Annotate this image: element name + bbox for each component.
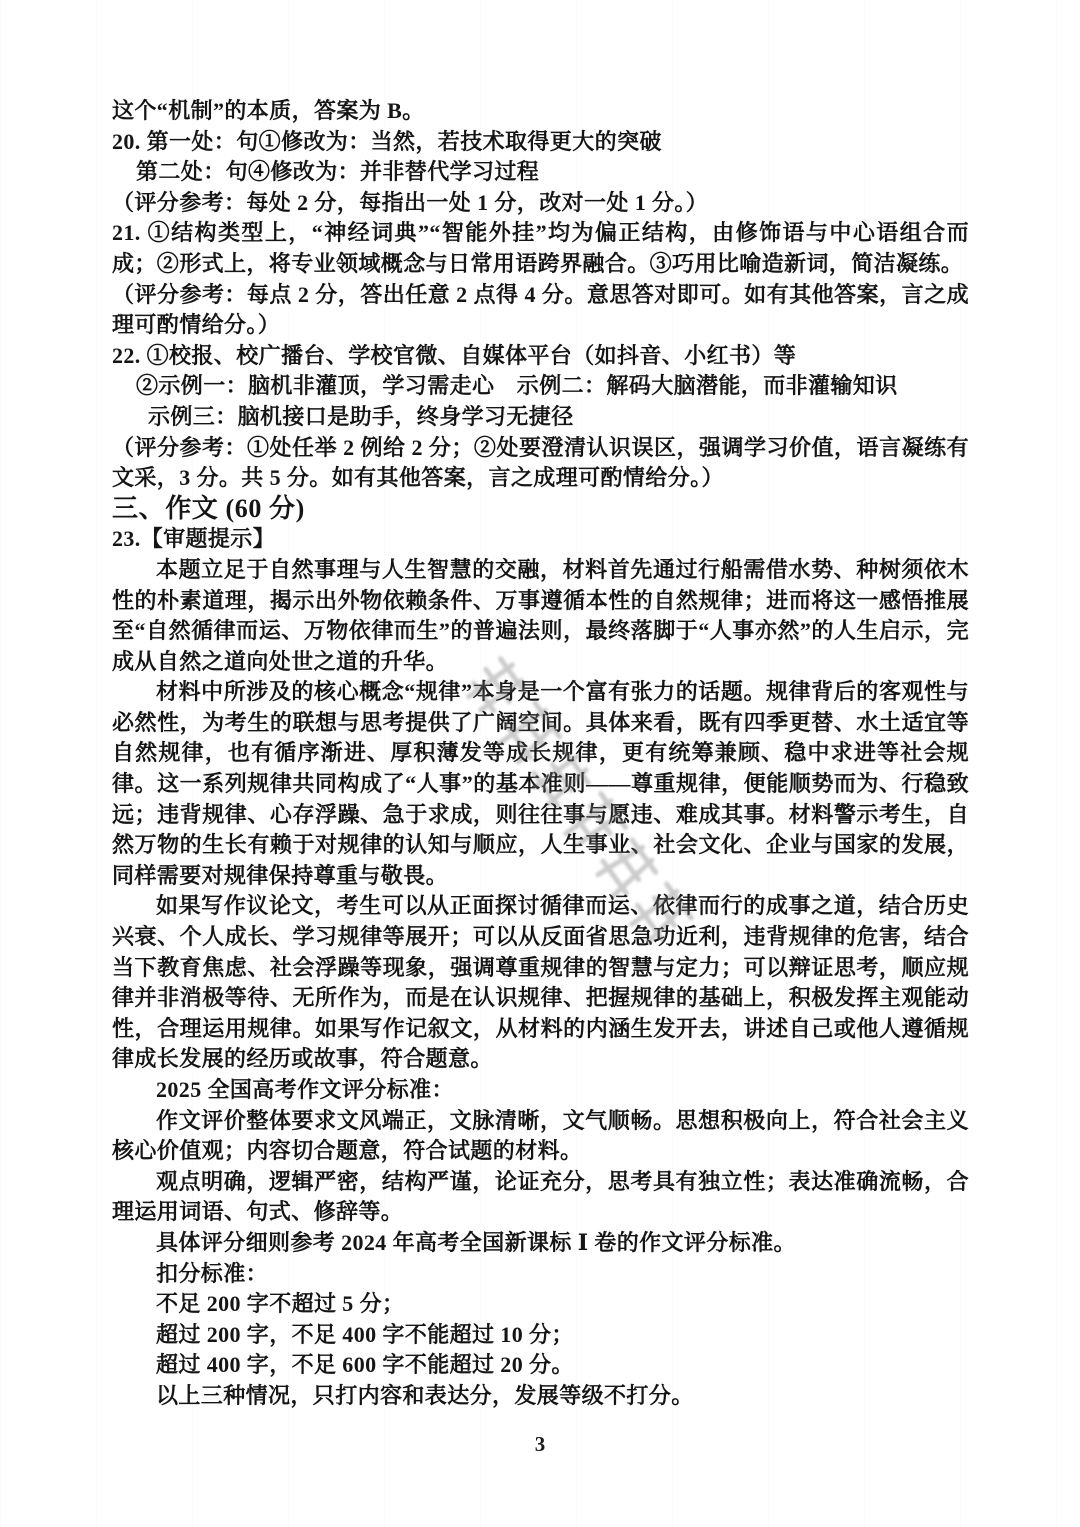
deduction-title: 扣分标准： [112, 1259, 969, 1290]
q22-scoring-note: （评分参考：①处任举 2 例给 2 分；②处要澄清认识误区，强调学习价值，语言凝… [112, 433, 969, 494]
standards-paragraph-2: 观点明确，逻辑严密，结构严谨，论证充分，思考具有独立性；表达准确流畅，合理运用词… [112, 1167, 969, 1228]
deduction-line: 不足 200 字不超过 5 分； [112, 1289, 969, 1320]
document-page: 这个“机制”的本质，答案为 B。 20. 第一处：句①修改为：当然，若技术取得更… [112, 96, 969, 1412]
analysis-paragraph-2: 材料中所涉及的核心概念“规律”本身是一个富有张力的话题。规律背后的客观性与必然性… [112, 677, 969, 891]
deduction-line: 超过 400 字，不足 600 字不能超过 20 分。 [112, 1350, 969, 1381]
analysis-paragraph-3: 如果写作议论文，考生可以从正面探讨循律而运、依律而行的成事之道，结合历史兴衰、个… [112, 891, 969, 1075]
deduction-line: 超过 200 字，不足 400 字不能超过 10 分； [112, 1320, 969, 1351]
q23-label: 23.【审题提示】 [112, 524, 969, 555]
q22-line-3: 示例三：脑机接口是助手，终身学习无捷径 [112, 402, 969, 433]
q20-line-1: 20. 第一处：句①修改为：当然，若技术取得更大的突破 [112, 127, 969, 158]
q21-scoring-note: （评分参考：每点 2 分，答出任意 2 点得 4 分。意思答对即可。如有其他答案… [112, 280, 969, 341]
standards-paragraph-1: 作文评价整体要求文风端正，文脉清晰，文气顺畅。思想积极向上，符合社会主义核心价值… [112, 1106, 969, 1167]
intro-line: 这个“机制”的本质，答案为 B。 [112, 96, 969, 127]
q20-line-2: 第二处：句④修改为：并非替代学习过程 [112, 157, 969, 188]
q21-answer: 21. ①结构类型上，“神经词典”“智能外挂”均为偏正结构，由修饰语与中心语组合… [112, 218, 969, 279]
standards-title: 2025 全国高考作文评分标准： [112, 1075, 969, 1106]
q22-line-1: 22. ①校报、校广播台、学校官微、自媒体平台（如抖音、小红书）等 [112, 341, 969, 372]
q20-scoring-note: （评分参考：每处 2 分，每指出一处 1 分，改对一处 1 分。） [112, 188, 969, 219]
q22-line-2: ②示例一：脑机非灌顶，学习需走心 示例二：解码大脑潜能，而非灌输知识 [112, 371, 969, 402]
analysis-paragraph-1: 本题立足于自然事理与人生智慧的交融，材料首先通过行船需借水势、种树须依木性的朴素… [112, 555, 969, 677]
page-number: 3 [0, 1432, 1080, 1457]
section-heading: 三、作文 (60 分) [112, 494, 969, 525]
detail-note: 具体评分细则参考 2024 年高考全国新课标 Ⅰ 卷的作文评分标准。 [112, 1228, 969, 1259]
deduction-line: 以上三种情况，只打内容和表达分，发展等级不打分。 [112, 1381, 969, 1412]
